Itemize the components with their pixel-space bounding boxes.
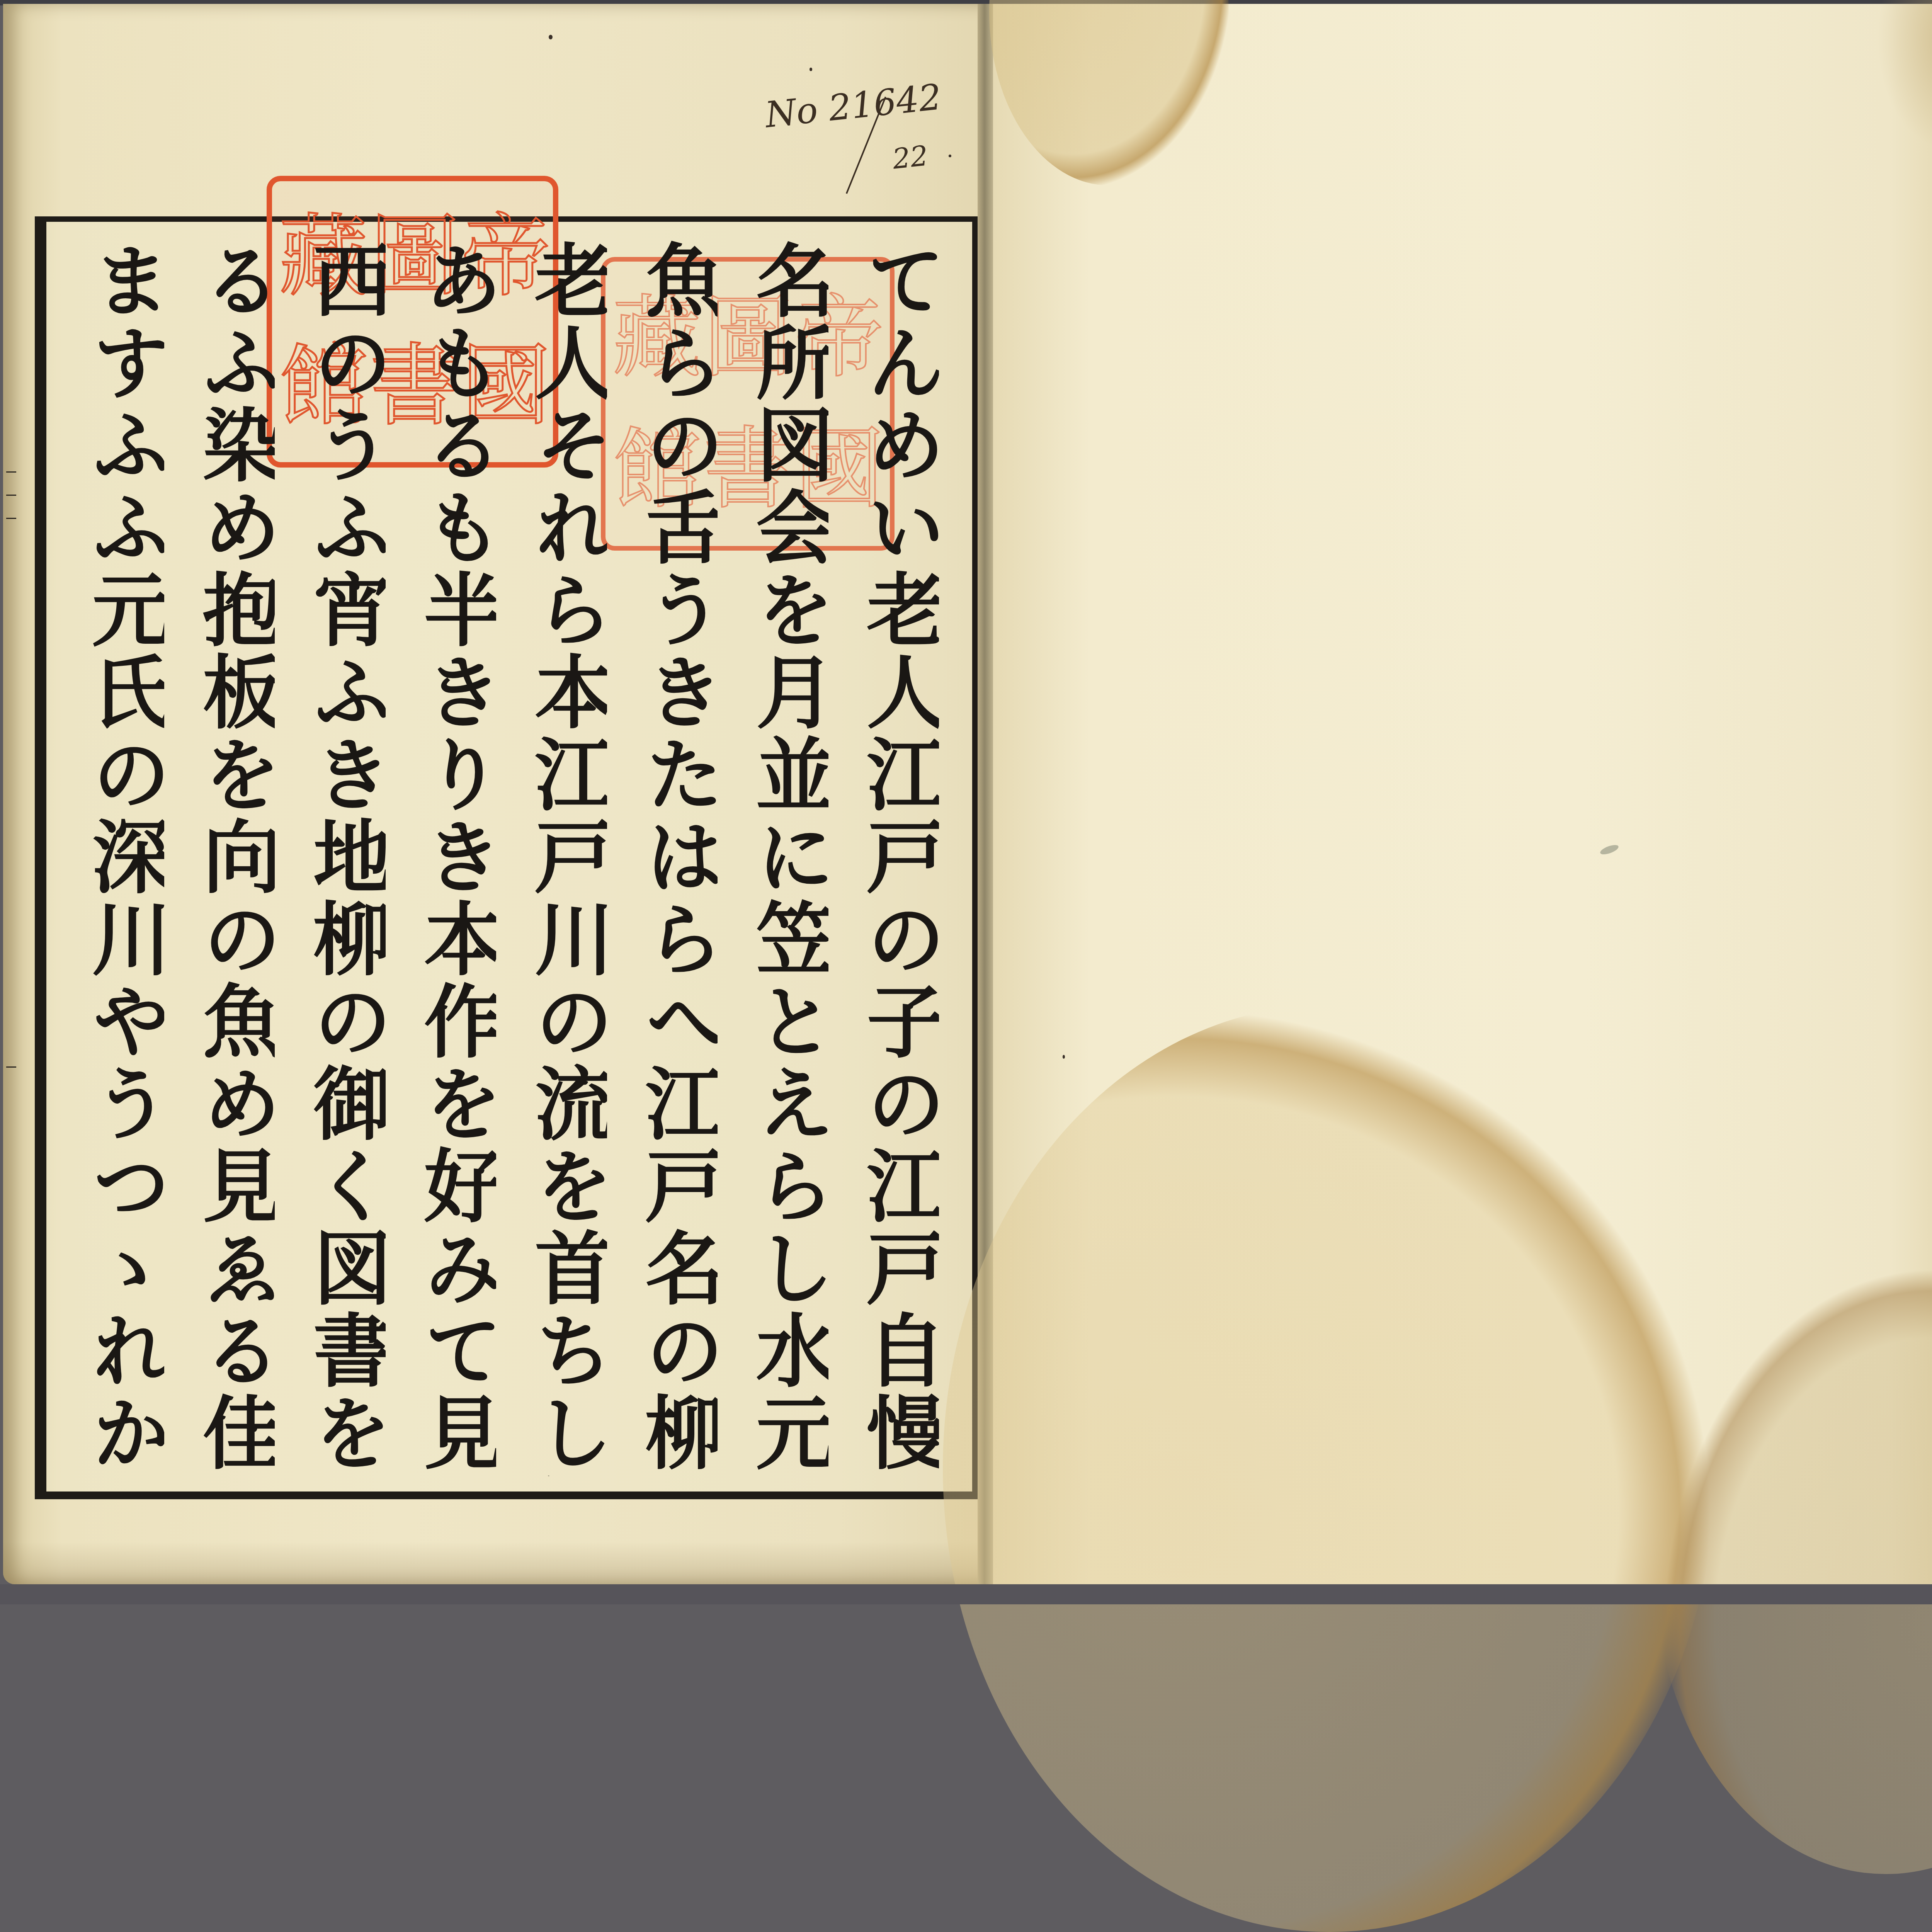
book-gutter bbox=[978, 4, 995, 1592]
text-column-2: 名所図会を月並に笠とえらし水元の手を bbox=[745, 240, 828, 1476]
text-column-8: ますふふ元氏の深川やうつゝれかのうすゝ紙 bbox=[81, 240, 164, 1476]
ink-speck bbox=[810, 68, 812, 71]
ink-speck bbox=[949, 155, 951, 157]
text-column-1: てんめい老人江戸の子の江戸自慢に大江戸の bbox=[856, 240, 939, 1476]
left-page-bottom-shading bbox=[3, 1542, 985, 1584]
text-column-3: 魚らの舌うきたはらへ江戸名の柳の精を稼ぶ bbox=[634, 240, 718, 1476]
margin-marks bbox=[3, 464, 19, 1236]
text-body: てんめい老人江戸の子の江戸自慢に大江戸の 名所図会を月並に笠とえらし水元の手を … bbox=[77, 240, 943, 1476]
scanner-background-bottom bbox=[0, 1584, 1932, 1604]
right-page-blank bbox=[993, 4, 1932, 1596]
shelfmark-volume: 22 bbox=[891, 139, 930, 175]
margin-mark bbox=[6, 518, 16, 519]
text-column-4: 老人それら本江戸川の流を首ちし鰻の bbox=[524, 240, 607, 1476]
text-column-7: るふ染め抱板を向の魚め見ゑる佳を捕へ、 bbox=[192, 240, 275, 1476]
ink-speck bbox=[1063, 1055, 1065, 1059]
text-column-6: 西のうふ宵ふき地柳の御く図書を和好の bbox=[303, 240, 386, 1476]
book-spread: No 21642 22 藏 圖 帝 館 書 國 藏 圖 帝 館 書 國 てんめい… bbox=[0, 0, 1932, 1604]
text-column-5: あもるも半きりき本作を好みて見ゑろふるその bbox=[413, 240, 496, 1476]
ink-speck bbox=[549, 35, 553, 39]
margin-mark bbox=[6, 471, 16, 473]
margin-mark bbox=[6, 1066, 16, 1068]
margin-mark bbox=[6, 495, 16, 496]
